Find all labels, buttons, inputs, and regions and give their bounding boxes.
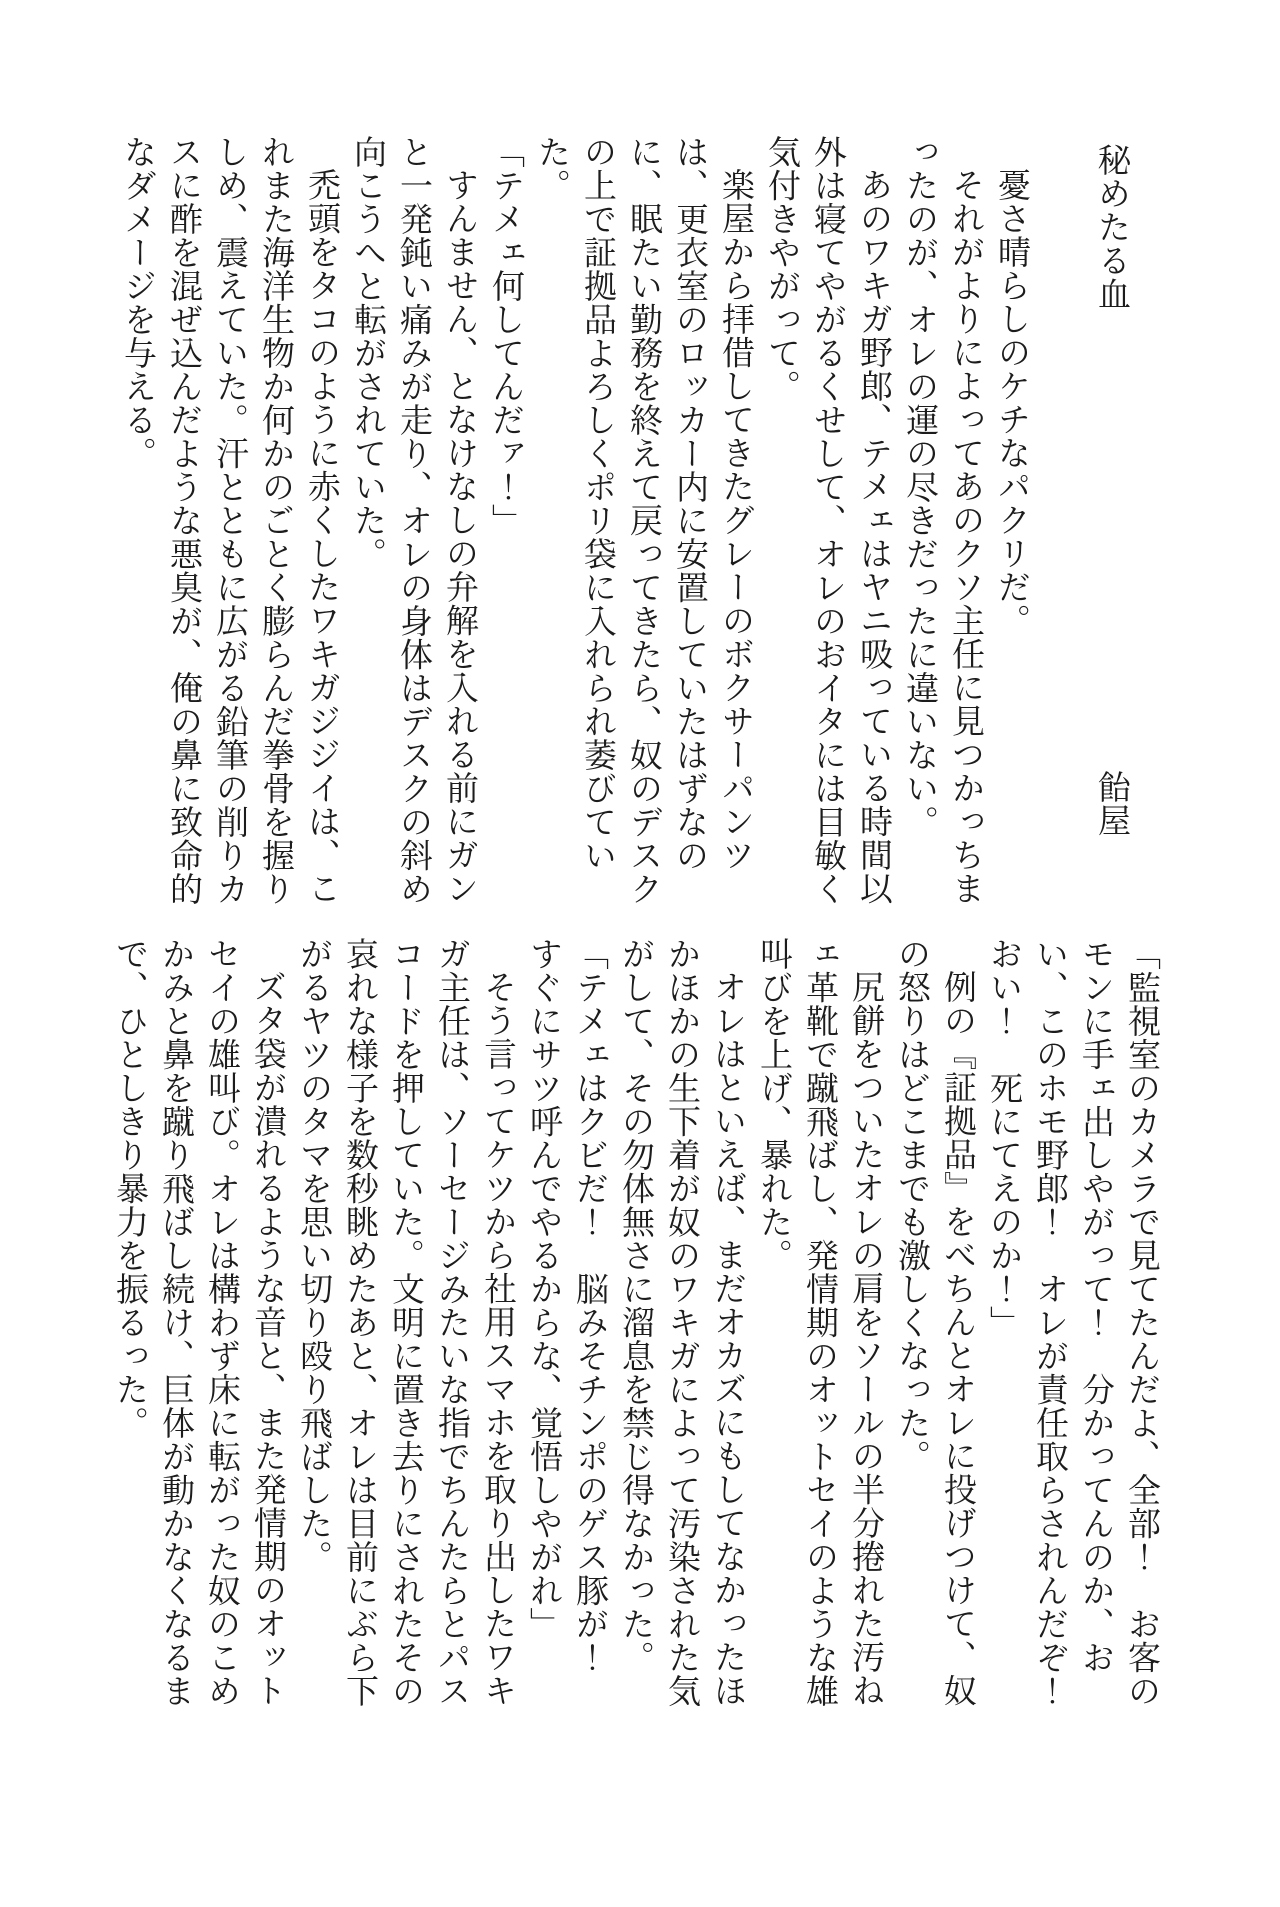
paragraph: そう言ってケツから社用スマホを取り出したワキガ主任は、ソーセージみたいな指でちん… xyxy=(290,937,520,1717)
paragraph: オレはといえば、まだオカズにもしてなかったほかほかの生下着が奴のワキガによって汚… xyxy=(612,937,750,1717)
paragraph: あのワキガ野郎、テメェはヤニ吸っている時間以外は寝てやがるくせして、オレのおイタ… xyxy=(758,135,896,915)
paragraph: 「テメェ何してんだァ！」 xyxy=(482,135,528,915)
text-band-top: 秘めたる血 飴屋 憂さ晴らしのケチなパクリだ。それがよりによってあのクソ主任に見… xyxy=(89,135,1134,915)
paragraph: 憂さ晴らしのケチなパクリだ。 xyxy=(988,135,1034,915)
paragraph: 禿頭をタコのように赤くしたワキガジジイは、これまた海洋生物か何かのごとく膨らんだ… xyxy=(114,135,344,915)
paragraph: ズタ袋が潰れるような音と、また発情期のオットセイの雄叫び。オレは構わず床に転がっ… xyxy=(106,937,290,1717)
paragraph: 例の『証拠品』をべちんとオレに投げつけて、奴の怒りはどこまでも激しくなった。 xyxy=(888,937,980,1717)
page-title: 秘めたる血 xyxy=(1088,135,1134,311)
author-name: 飴屋 xyxy=(1088,770,1134,837)
paragraph: 楽屋から拝借してきたグレーのボクサーパンツは、更衣室のロッカー内に安置していたは… xyxy=(528,135,758,915)
paragraph: 尻餅をついたオレの肩をソールの半分捲れた汚ねェ革靴で蹴飛ばし、発情期のオットセイ… xyxy=(750,937,888,1717)
paragraph: 「監視室のカメラで見てたんだよ、全部！ お客のモンに手ェ出しやがって！ 分かって… xyxy=(980,937,1164,1717)
paragraph: それがよりによってあのクソ主任に見つかっちまったのが、オレの運の尽きだったに違い… xyxy=(896,135,988,915)
novel-page: { "page": { "background_color": "#ffffff… xyxy=(0,0,1280,1907)
paragraph: 「テメェはクビだ！ 脳みそチンポのゲス豚が！ すぐにサツ呼んでやるからな、覚悟し… xyxy=(520,937,612,1717)
text-band-bottom: 「監視室のカメラで見てたんだよ、全部！ お客のモンに手ェ出しやがって！ 分かって… xyxy=(102,937,1164,1717)
paragraph: すんません、となけなしの弁解を入れる前にガンと一発鈍い痛みが走り、オレの身体はデ… xyxy=(344,135,482,915)
title-column: 秘めたる血 飴屋 xyxy=(1088,135,1134,915)
